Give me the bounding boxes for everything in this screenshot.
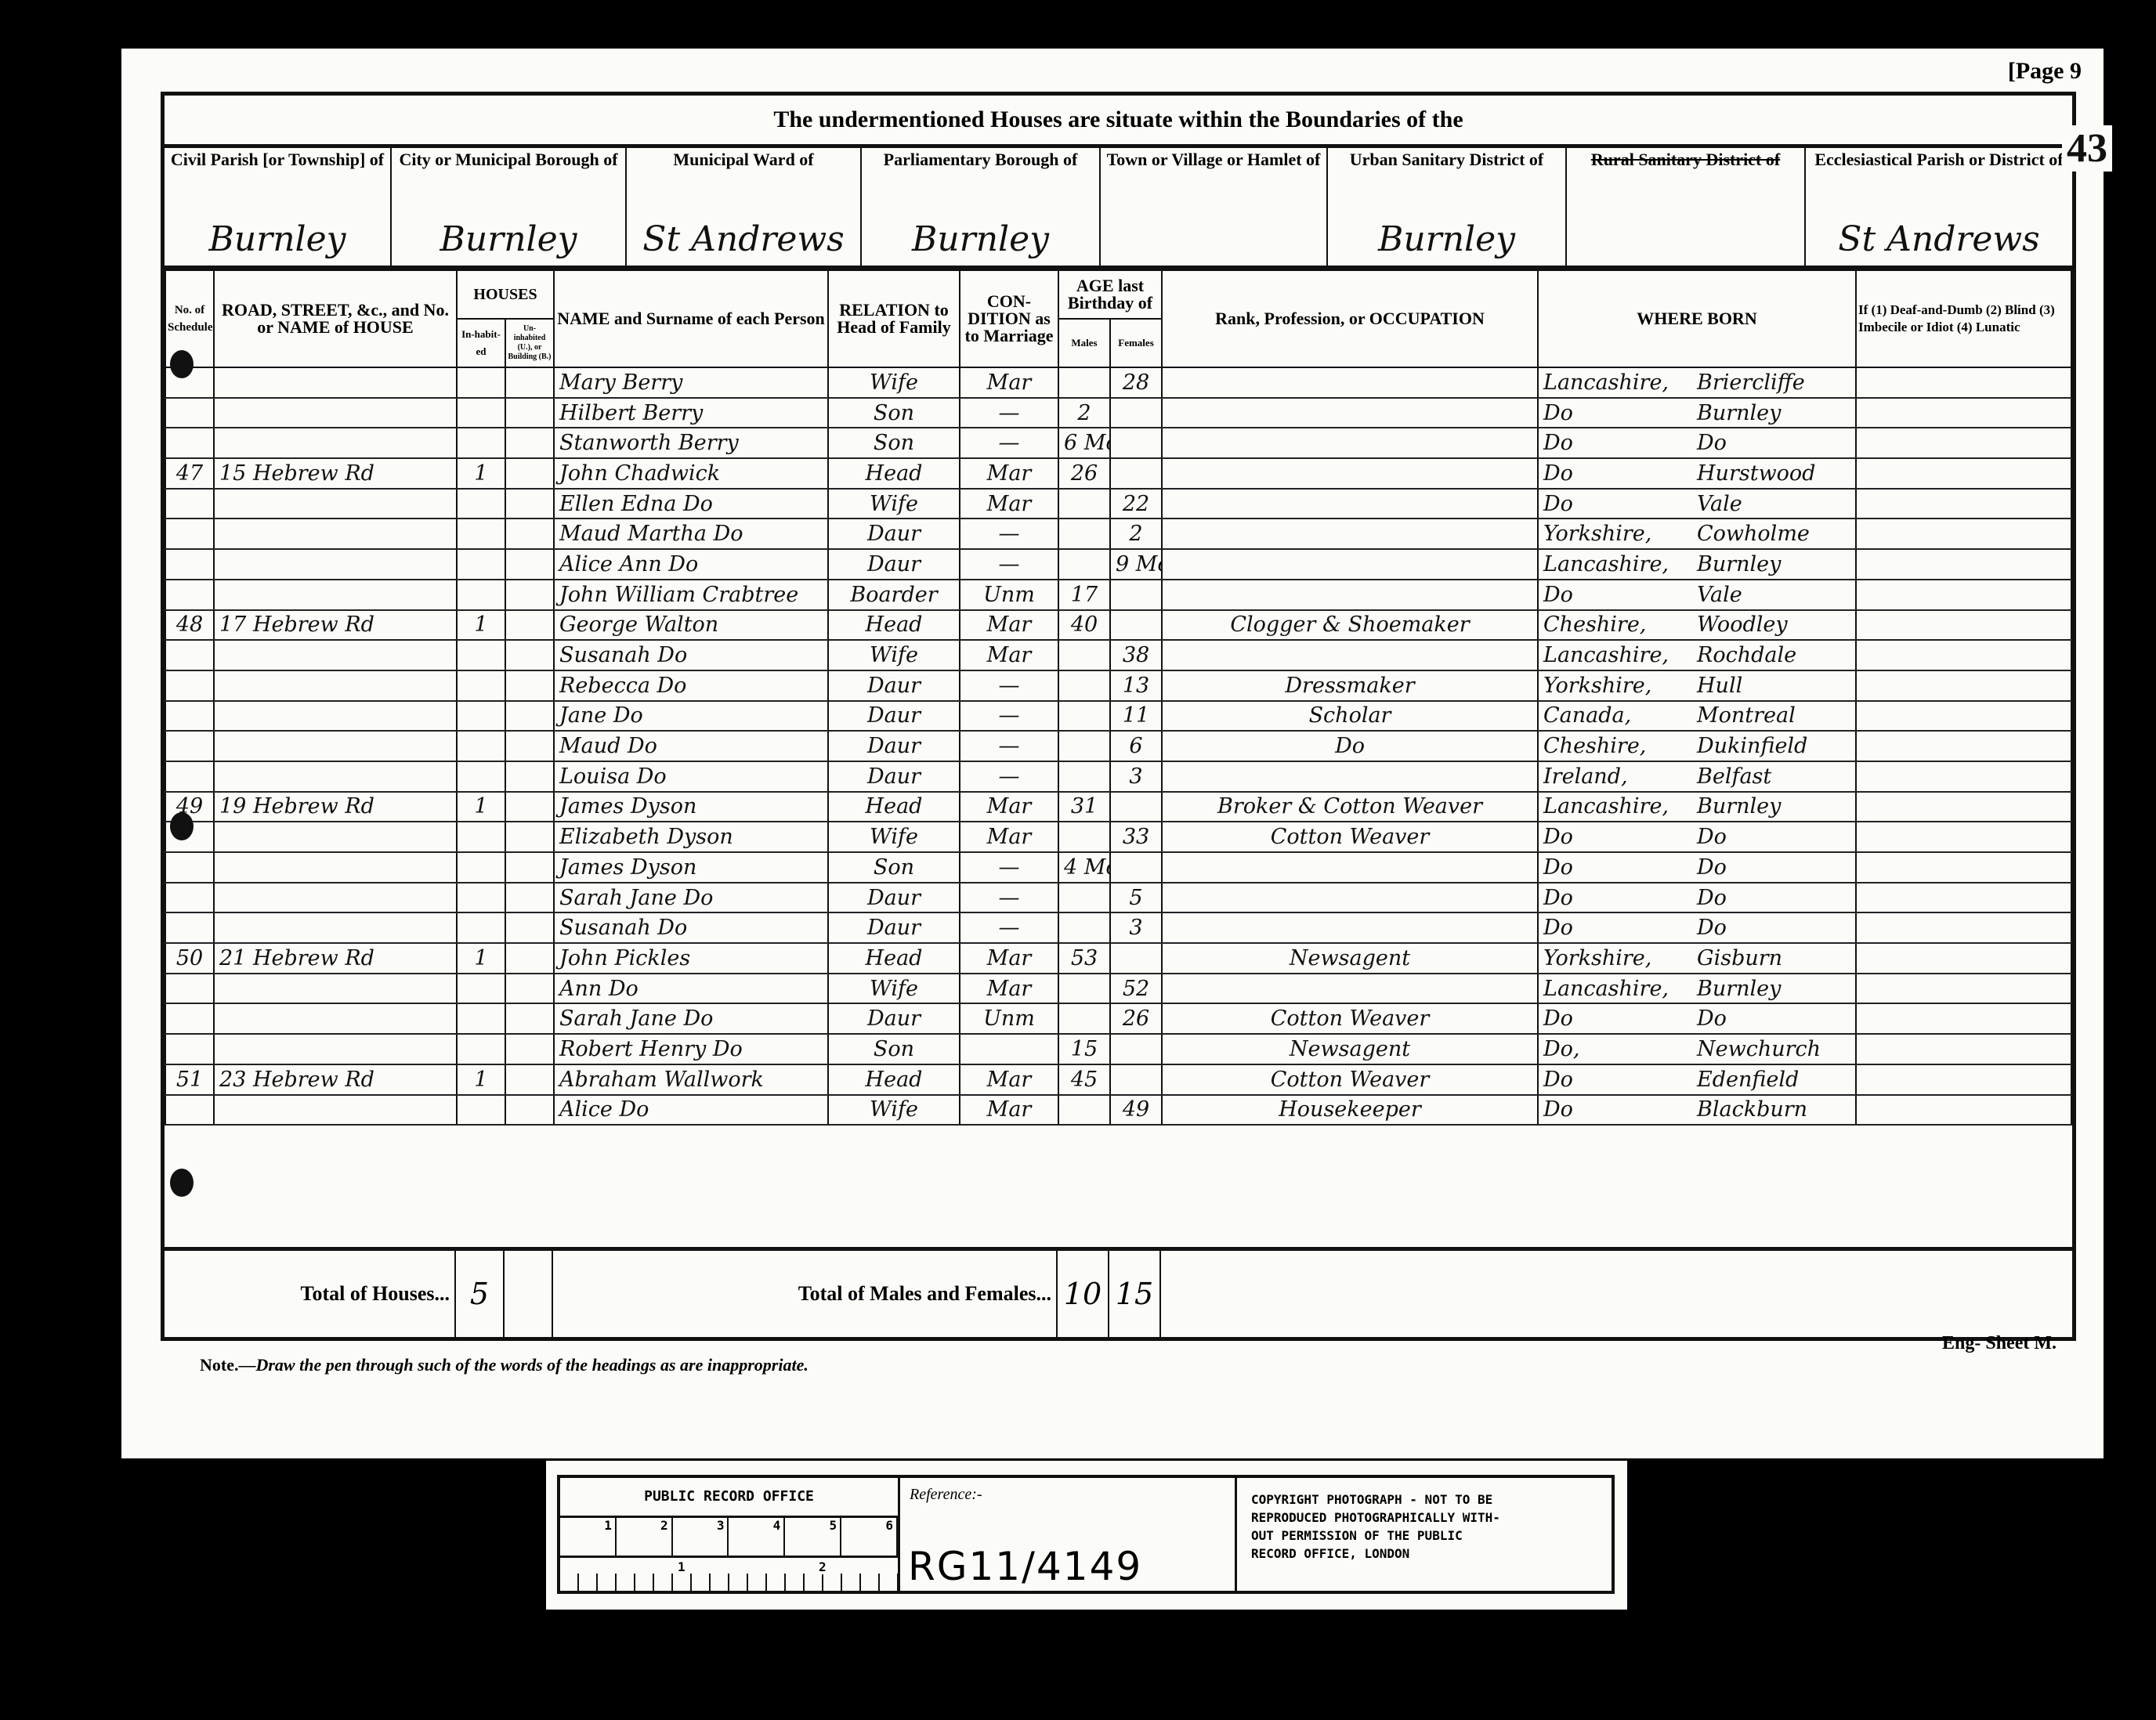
name-cell: Maud Martha Do (554, 519, 828, 549)
address-cell (214, 580, 457, 610)
relation-cell: Daur (828, 912, 960, 943)
name-cell: Abraham Wallwork (554, 1064, 828, 1095)
inhabited-cell (457, 731, 505, 761)
table-row: Ann DoWifeMar52Lancashire,Burnley (165, 974, 2071, 1004)
uninhabited-cell (505, 549, 554, 580)
female-age-cell (1110, 428, 1162, 458)
male-age-cell: 4 Mo (1058, 852, 1110, 883)
where-born-cell: Lancashire,Rochdale (1538, 640, 1856, 670)
male-age-cell (1058, 883, 1110, 913)
condition-cell: Mar (960, 1095, 1058, 1126)
occupation-cell: Broker & Cotton Weaver (1162, 792, 1538, 822)
schedule-cell (165, 852, 214, 883)
header-relation: RELATION to Head of Family (828, 270, 960, 367)
relation-cell: Wife (828, 367, 960, 398)
uninhabited-cell (505, 610, 554, 641)
inhabited-cell (457, 489, 505, 519)
uninhabited-cell (505, 580, 554, 610)
inhabited-cell (457, 580, 505, 610)
address-cell (214, 852, 457, 883)
male-age-cell (1058, 1003, 1110, 1034)
header-schedule: No. of Schedule (165, 270, 214, 367)
relation-cell: Wife (828, 1095, 960, 1126)
relation-cell: Daur (828, 549, 960, 580)
female-age-cell (1110, 852, 1162, 883)
table-row: 4919 Hebrew Rd1James DysonHeadMar31Broke… (165, 792, 2071, 822)
condition-cell: Mar (960, 367, 1058, 398)
address-cell (214, 701, 457, 732)
uninhabited-cell (505, 1003, 554, 1034)
schedule-cell (165, 549, 214, 580)
boundary-civil-parish: Civil Parish [or Township] of Burnley (165, 144, 392, 266)
male-age-cell (1058, 489, 1110, 519)
header-condition: CON-DITION as to Marriage (960, 270, 1058, 367)
header-females: Females (1110, 319, 1162, 367)
condition-cell (960, 1034, 1058, 1064)
uninhabited-cell (505, 761, 554, 792)
condition-cell: — (960, 519, 1058, 549)
relation-cell: Wife (828, 640, 960, 670)
inhabited-cell (457, 974, 505, 1004)
name-cell: Elizabeth Dyson (554, 822, 828, 852)
female-age-cell: 52 (1110, 974, 1162, 1004)
header-houses: HOUSES (457, 270, 554, 319)
female-age-cell (1110, 458, 1162, 489)
condition-cell: — (960, 731, 1058, 761)
where-born-cell: DoEdenfield (1538, 1064, 1856, 1095)
boundaries-row: Civil Parish [or Township] of Burnley Ci… (165, 144, 2072, 269)
male-age-cell (1058, 367, 1110, 398)
infirmity-cell (1856, 1095, 2071, 1126)
name-cell: John William Crabtree (554, 580, 828, 610)
male-age-cell (1058, 974, 1110, 1004)
condition-cell: — (960, 428, 1058, 458)
female-age-cell (1110, 1034, 1162, 1064)
occupation-cell: Newsagent (1162, 943, 1538, 974)
table-row: Rebecca DoDaur—13DressmakerYorkshire,Hul… (165, 670, 2071, 701)
where-born-cell: Ireland,Belfast (1538, 761, 1856, 792)
inhabited-cell (457, 640, 505, 670)
table-row: Elizabeth DysonWifeMar33Cotton WeaverDoD… (165, 822, 2071, 852)
occupation-cell (1162, 489, 1538, 519)
name-cell: Louisa Do (554, 761, 828, 792)
uninhabited-cell (505, 489, 554, 519)
infirmity-cell (1856, 701, 2071, 732)
infirmity-cell (1856, 852, 2071, 883)
uninhabited-cell (505, 670, 554, 701)
name-cell: Stanworth Berry (554, 428, 828, 458)
infirmity-cell (1856, 761, 2071, 792)
where-born-cell: DoDo (1538, 428, 1856, 458)
boundaries-banner: The undermentioned Houses are situate wi… (165, 96, 2072, 148)
header-uninhabited: Un-inhabited (U.), or Building (B.) (505, 319, 554, 367)
name-cell: Alice Ann Do (554, 549, 828, 580)
female-age-cell: 49 (1110, 1095, 1162, 1126)
relation-cell: Son (828, 852, 960, 883)
where-born-cell: DoHurstwood (1538, 458, 1856, 489)
female-age-cell: 28 (1110, 367, 1162, 398)
schedule-cell (165, 670, 214, 701)
schedule-cell (165, 640, 214, 670)
uninhabited-cell (505, 701, 554, 732)
female-age-cell: 22 (1110, 489, 1162, 519)
schedule-cell: 47 (165, 458, 214, 489)
where-born-cell: DoDo (1538, 912, 1856, 943)
relation-cell: Son (828, 398, 960, 428)
condition-cell: Mar (960, 610, 1058, 641)
address-cell (214, 549, 457, 580)
where-born-cell: DoVale (1538, 580, 1856, 610)
male-age-cell: 15 (1058, 1034, 1110, 1064)
boundary-urban-sanitary: Urban Sanitary District of Burnley (1328, 144, 1567, 266)
schedule-cell (165, 701, 214, 732)
occupation-cell (1162, 761, 1538, 792)
where-born-cell: Do,Newchurch (1538, 1034, 1856, 1064)
uninhabited-cell (505, 1034, 554, 1064)
infirmity-cell (1856, 640, 2071, 670)
name-cell: Susanah Do (554, 640, 828, 670)
relation-cell: Daur (828, 731, 960, 761)
male-age-cell (1058, 761, 1110, 792)
infirmity-cell (1856, 428, 2071, 458)
address-cell (214, 640, 457, 670)
occupation-cell: Clogger & Shoemaker (1162, 610, 1538, 641)
relation-cell: Daur (828, 519, 960, 549)
uninhabited-cell (505, 852, 554, 883)
address-cell (214, 519, 457, 549)
condition-cell: Unm (960, 1003, 1058, 1034)
table-row: Mary BerryWifeMar28Lancashire,Briercliff… (165, 367, 2071, 398)
male-age-cell (1058, 1095, 1110, 1126)
condition-cell: Mar (960, 640, 1058, 670)
where-born-cell: DoBlackburn (1538, 1095, 1856, 1126)
male-age-cell: 2 (1058, 398, 1110, 428)
inhabited-cell (457, 519, 505, 549)
occupation-cell (1162, 367, 1538, 398)
male-age-cell (1058, 519, 1110, 549)
occupation-cell: Newsagent (1162, 1034, 1538, 1064)
inhabited-cell: 1 (457, 610, 505, 641)
relation-cell: Head (828, 458, 960, 489)
sheet-label: Eng- Sheet M. (1942, 1333, 2057, 1354)
uninhabited-cell (505, 883, 554, 913)
where-born-cell: Yorkshire,Cowholme (1538, 519, 1856, 549)
schedule-cell: 48 (165, 610, 214, 641)
inhabited-cell (457, 701, 505, 732)
table-row: Stanworth BerrySon—6 MoDoDo (165, 428, 2071, 458)
header-males: Males (1058, 319, 1110, 367)
address-cell (214, 731, 457, 761)
female-age-cell (1110, 398, 1162, 428)
where-born-cell: Cheshire,Dukinfield (1538, 731, 1856, 761)
address-cell: 23 Hebrew Rd (214, 1064, 457, 1095)
address-cell (214, 1095, 457, 1126)
infirmity-cell (1856, 458, 2071, 489)
uninhabited-cell (505, 822, 554, 852)
schedule-cell (165, 519, 214, 549)
where-born-cell: Cheshire,Woodley (1538, 610, 1856, 641)
address-cell: 21 Hebrew Rd (214, 943, 457, 974)
ink-blot (170, 350, 194, 378)
uninhabited-cell (505, 912, 554, 943)
infirmity-cell (1856, 883, 2071, 913)
address-cell (214, 367, 457, 398)
totals-empty-area (1161, 1251, 2072, 1337)
male-age-cell: 17 (1058, 580, 1110, 610)
ruler-bottom: 1 2 (560, 1558, 898, 1594)
table-row: Maud Martha DoDaur—2Yorkshire,Cowholme (165, 519, 2071, 549)
uninhabited-cell (505, 1064, 554, 1095)
inhabited-cell (457, 1003, 505, 1034)
where-born-cell: Lancashire,Burnley (1538, 792, 1856, 822)
occupation-cell: Cotton Weaver (1162, 822, 1538, 852)
female-age-cell: 2 (1110, 519, 1162, 549)
inhabited-cell (457, 367, 505, 398)
schedule-cell (165, 1095, 214, 1126)
name-cell: John Pickles (554, 943, 828, 974)
relation-cell: Boarder (828, 580, 960, 610)
condition-cell: Mar (960, 458, 1058, 489)
infirmity-cell (1856, 974, 2071, 1004)
schedule-cell (165, 761, 214, 792)
census-table-wrapper: No. of Schedule ROAD, STREET, &c., and N… (165, 269, 2072, 1126)
name-cell: John Chadwick (554, 458, 828, 489)
table-row: Sarah Jane DoDaur—5DoDo (165, 883, 2071, 913)
relation-cell: Daur (828, 883, 960, 913)
female-age-cell: 3 (1110, 912, 1162, 943)
table-row: Maud DoDaur—6DoCheshire,Dukinfield (165, 731, 2071, 761)
table-row: Susanah DoDaur—3DoDo (165, 912, 2071, 943)
pro-ruler-panel: PUBLIC RECORD OFFICE 1 2 3 4 5 6 1 2 (560, 1478, 900, 1591)
uninhabited-cell (505, 1095, 554, 1126)
female-age-cell (1110, 580, 1162, 610)
male-age-cell (1058, 822, 1110, 852)
address-cell: 19 Hebrew Rd (214, 792, 457, 822)
table-row: James DysonSon—4 MoDoDo (165, 852, 2071, 883)
occupation-cell: Cotton Weaver (1162, 1003, 1538, 1034)
condition-cell: Mar (960, 943, 1058, 974)
relation-cell: Head (828, 610, 960, 641)
table-row: Susanah DoWifeMar38Lancashire,Rochdale (165, 640, 2071, 670)
occupation-cell (1162, 852, 1538, 883)
condition-cell: Mar (960, 822, 1058, 852)
boundary-town-village: Town or Village or Hamlet of (1101, 144, 1328, 266)
infirmity-cell (1856, 549, 2071, 580)
schedule-cell (165, 398, 214, 428)
total-houses-value: 5 (456, 1251, 505, 1337)
condition-cell: Mar (960, 489, 1058, 519)
page-number: [Page 9 (2008, 58, 2082, 85)
female-age-cell: 38 (1110, 640, 1162, 670)
infirmity-cell (1856, 580, 2071, 610)
inhabited-cell (457, 852, 505, 883)
address-cell: 15 Hebrew Rd (214, 458, 457, 489)
address-cell: 17 Hebrew Rd (214, 610, 457, 641)
condition-cell: — (960, 761, 1058, 792)
relation-cell: Wife (828, 974, 960, 1004)
schedule-cell: 51 (165, 1064, 214, 1095)
inhabited-cell: 1 (457, 943, 505, 974)
census-rows: Mary BerryWifeMar28Lancashire,Briercliff… (165, 367, 2071, 1125)
female-age-cell: 13 (1110, 670, 1162, 701)
address-cell (214, 1034, 457, 1064)
total-houses-label: Total of Houses... (165, 1251, 456, 1337)
male-age-cell: 53 (1058, 943, 1110, 974)
male-age-cell (1058, 731, 1110, 761)
infirmity-cell (1856, 1034, 2071, 1064)
female-age-cell (1110, 792, 1162, 822)
header-name: NAME and Surname of each Person (554, 270, 828, 367)
boundary-rural-sanitary: Rural Sanitary District of (1567, 144, 1806, 266)
where-born-cell: DoDo (1538, 883, 1856, 913)
infirmity-cell (1856, 610, 2071, 641)
male-age-cell (1058, 912, 1110, 943)
relation-cell: Head (828, 1064, 960, 1095)
name-cell: Jane Do (554, 701, 828, 732)
inhabited-cell (457, 1095, 505, 1126)
ink-blot (170, 812, 194, 840)
record-office-label: PUBLIC RECORD OFFICE 1 2 3 4 5 6 1 2 Ref… (546, 1461, 1627, 1610)
name-cell: Alice Do (554, 1095, 828, 1126)
occupation-cell (1162, 428, 1538, 458)
condition-cell: — (960, 670, 1058, 701)
total-uninhabited-empty (505, 1251, 553, 1337)
name-cell: James Dyson (554, 852, 828, 883)
inhabited-cell (457, 822, 505, 852)
address-cell (214, 974, 457, 1004)
uninhabited-cell (505, 398, 554, 428)
uninhabited-cell (505, 974, 554, 1004)
schedule-cell (165, 974, 214, 1004)
uninhabited-cell (505, 640, 554, 670)
where-born-cell: Canada,Montreal (1538, 701, 1856, 732)
female-age-cell: 9 Mo (1110, 549, 1162, 580)
female-age-cell: 11 (1110, 701, 1162, 732)
infirmity-cell (1856, 792, 2071, 822)
pro-title: PUBLIC RECORD OFFICE (560, 1478, 898, 1518)
infirmity-cell (1856, 912, 2071, 943)
relation-cell: Son (828, 428, 960, 458)
where-born-cell: Lancashire,Burnley (1538, 549, 1856, 580)
occupation-cell (1162, 519, 1538, 549)
schedule-cell (165, 489, 214, 519)
table-row: Alice Ann DoDaur—9 MoLancashire,Burnley (165, 549, 2071, 580)
infirmity-cell (1856, 943, 2071, 974)
occupation-cell (1162, 912, 1538, 943)
female-age-cell (1110, 1064, 1162, 1095)
table-row: Louisa DoDaur—3Ireland,Belfast (165, 761, 2071, 792)
infirmity-cell (1856, 670, 2071, 701)
table-row: 4817 Hebrew Rd1George WaltonHeadMar40Clo… (165, 610, 2071, 641)
header-inhabited: In-habit-ed (457, 319, 505, 367)
name-cell: Sarah Jane Do (554, 1003, 828, 1034)
name-cell: Ann Do (554, 974, 828, 1004)
occupation-cell: Scholar (1162, 701, 1538, 732)
name-cell: Hilbert Berry (554, 398, 828, 428)
name-cell: Ellen Edna Do (554, 489, 828, 519)
inhabited-cell (457, 761, 505, 792)
table-row: 4715 Hebrew Rd1John ChadwickHeadMar26DoH… (165, 458, 2071, 489)
infirmity-cell (1856, 519, 2071, 549)
boundary-municipal-ward: Municipal Ward of St Andrews (627, 144, 862, 266)
census-form: The undermentioned Houses are situate wi… (161, 92, 2076, 1341)
inhabited-cell (457, 670, 505, 701)
female-age-cell: 26 (1110, 1003, 1162, 1034)
uninhabited-cell (505, 428, 554, 458)
address-cell (214, 822, 457, 852)
uninhabited-cell (505, 367, 554, 398)
occupation-cell (1162, 458, 1538, 489)
inhabited-cell (457, 428, 505, 458)
table-row: Ellen Edna DoWifeMar22DoVale (165, 489, 2071, 519)
total-males-value: 10 (1058, 1251, 1109, 1337)
table-row: 5021 Hebrew Rd1John PicklesHeadMar53News… (165, 943, 2071, 974)
male-age-cell (1058, 701, 1110, 732)
uninhabited-cell (505, 731, 554, 761)
infirmity-cell (1856, 822, 2071, 852)
boundary-municipal-borough: City or Municipal Borough of Burnley (392, 144, 627, 266)
inhabited-cell (457, 549, 505, 580)
address-cell (214, 670, 457, 701)
where-born-cell: DoBurnley (1538, 398, 1856, 428)
female-age-cell: 6 (1110, 731, 1162, 761)
address-cell (214, 883, 457, 913)
occupation-cell (1162, 883, 1538, 913)
male-age-cell (1058, 549, 1110, 580)
name-cell: Robert Henry Do (554, 1034, 828, 1064)
uninhabited-cell (505, 792, 554, 822)
infirmity-cell (1856, 489, 2071, 519)
where-born-cell: DoDo (1538, 852, 1856, 883)
schedule-cell (165, 912, 214, 943)
uninhabited-cell (505, 519, 554, 549)
occupation-cell: Dressmaker (1162, 670, 1538, 701)
name-cell: Mary Berry (554, 367, 828, 398)
reference-number: RG11/4149 (908, 1544, 1142, 1589)
name-cell: Sarah Jane Do (554, 883, 828, 913)
infirmity-cell (1856, 367, 2071, 398)
header-occupation: Rank, Profession, or OCCUPATION (1162, 270, 1538, 367)
relation-cell: Daur (828, 1003, 960, 1034)
header-age: AGE last Birthday of (1058, 270, 1162, 319)
condition-cell: Mar (960, 974, 1058, 1004)
inhabited-cell (457, 912, 505, 943)
where-born-cell: Lancashire,Burnley (1538, 974, 1856, 1004)
relation-cell: Head (828, 943, 960, 974)
inhabited-cell (457, 883, 505, 913)
occupation-cell (1162, 580, 1538, 610)
form-note: Note.—Draw the pen through such of the w… (200, 1355, 808, 1375)
female-age-cell: 3 (1110, 761, 1162, 792)
table-row: John William CrabtreeBoarderUnm17DoVale (165, 580, 2071, 610)
copyright-notice: COPYRIGHT PHOTOGRAPH - NOT TO BE REPRODU… (1237, 1478, 1612, 1591)
where-born-cell: Yorkshire,Hull (1538, 670, 1856, 701)
name-cell: George Walton (554, 610, 828, 641)
inhabited-cell: 1 (457, 792, 505, 822)
occupation-cell: Cotton Weaver (1162, 1064, 1538, 1095)
folio-number: 43 (2062, 125, 2112, 172)
condition-cell: — (960, 912, 1058, 943)
table-row: Alice DoWifeMar49HousekeeperDoBlackburn (165, 1095, 2071, 1126)
occupation-cell (1162, 549, 1538, 580)
address-cell (214, 398, 457, 428)
male-age-cell: 40 (1058, 610, 1110, 641)
table-row: Hilbert BerrySon—2DoBurnley (165, 398, 2071, 428)
name-cell: Maud Do (554, 731, 828, 761)
infirmity-cell (1856, 1003, 2071, 1034)
condition-cell: — (960, 701, 1058, 732)
condition-cell: — (960, 398, 1058, 428)
